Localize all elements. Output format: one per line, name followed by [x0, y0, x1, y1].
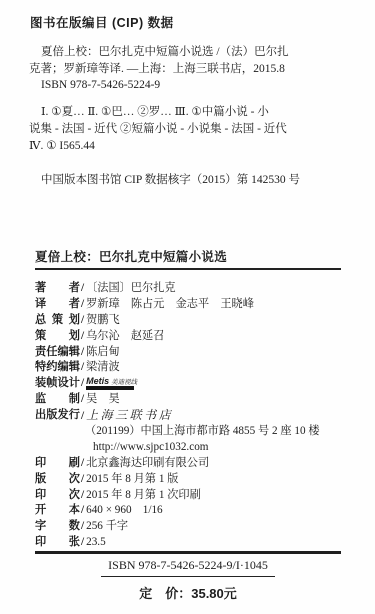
colophon-row: 策划/乌尔沁 赵延召 [35, 329, 347, 345]
colophon-row: 印刷/北京鑫海达印刷有限公司 [35, 456, 347, 472]
publisher-script-name: 上海三联书店 [86, 408, 173, 422]
colophon-label: 责任编辑 [35, 345, 80, 361]
colophon-row: 印张/23.5 [35, 535, 347, 551]
publisher-address: （201199）中国上海市都市路 4855 号 2 座 10 楼 [35, 424, 347, 440]
colophon-row: 印次/2015 年 8 月第 1 次印刷 [35, 488, 347, 504]
colophon-value: 罗新璋 陈占元 金志平 王晓峰 [86, 298, 254, 310]
colophon-value: 2015 年 8 月第 1 次印刷 [86, 489, 201, 501]
cip-data-heading: 图书在版编目 (CIP) 数据 [30, 13, 174, 31]
colophon-row-design: 装帧设计/Metis美迪视线 [35, 376, 347, 392]
metis-logo-text: Metis美迪视线 [86, 377, 137, 385]
colophon-credits: 著者/〔法国〕巴尔扎克 译者/罗新璋 陈占元 金志平 王晓峰 总策划/贺鹏飞 策… [35, 281, 347, 551]
colophon-label: 策划 [35, 329, 80, 345]
cip-classification: Ⅰ. ①夏… Ⅱ. ①巴… ②罗… Ⅲ. ①中篇小说 - 小 说集 - 法国 -… [29, 104, 351, 155]
colophon-value: 贺鹏飞 [86, 314, 120, 326]
colophon-row: 版次/2015 年 8 月第 1 版 [35, 472, 347, 488]
cip-classification-line: 说集 - 法国 - 近代 ②短篇小说 - 小说集 - 法国 - 近代 [29, 121, 351, 138]
footer-divider [35, 551, 341, 554]
colophon-label: 印张 [35, 535, 80, 551]
cip-registry-number: 中国版本图书馆 CIP 数据核字（2015）第 142530 号 [41, 171, 300, 187]
colophon-value: 北京鑫海达印刷有限公司 [86, 457, 209, 469]
colophon-label: 监制 [35, 392, 80, 408]
footer-isbn: ISBN 978-7-5426-5224-9/I·1045 [101, 558, 275, 577]
colophon-row: 著者/〔法国〕巴尔扎克 [35, 281, 347, 297]
colophon-row: 监制/吴 昊 [35, 392, 347, 408]
copyright-page: 图书在版编目 (CIP) 数据 夏倍上校：巴尔扎克中短篇小说选 /（法）巴尔扎 … [0, 0, 375, 614]
colophon-row-publisher: 出版发行/上海三联书店 [35, 408, 347, 424]
metis-design-logo: Metis美迪视线 [86, 377, 137, 390]
colophon-value: 梁清波 [86, 361, 120, 373]
metis-logo-brand: Metis [86, 376, 109, 386]
colophon-row: 责任编辑/陈启甸 [35, 345, 347, 361]
cip-classification-line: Ⅳ. ① I565.44 [29, 138, 351, 155]
colophon-value: 陈启甸 [86, 346, 120, 358]
colophon-label: 特约编辑 [35, 360, 80, 376]
cip-record-isbn: ISBN 978-7-5426-5224-9 [29, 77, 349, 94]
colophon-label: 印刷 [35, 456, 80, 472]
metis-logo-cn: 美迪视线 [111, 379, 137, 386]
colophon-row: 开本/640 × 960 1/16 [35, 503, 347, 519]
book-title: 夏倍上校：巴尔扎克中短篇小说选 [35, 247, 227, 265]
colophon-value: 〔法国〕巴尔扎克 [86, 282, 176, 294]
colophon-row: 总策划/贺鹏飞 [35, 313, 347, 329]
colophon-value: 640 × 960 1/16 [86, 504, 163, 516]
cip-record-line: 克著；罗新璋等译. —上海：上海三联书店，2015.8 [29, 61, 349, 78]
price-value: 35.80元 [191, 586, 237, 601]
colophon-label: 装帧设计 [35, 376, 80, 392]
footer-isbn-line: ISBN 978-7-5426-5224-9/I·1045 [35, 558, 341, 577]
colophon-label: 译者 [35, 297, 80, 313]
colophon-label: 字数 [35, 519, 80, 535]
colophon-row: 特约编辑/梁清波 [35, 360, 347, 376]
title-divider [35, 268, 341, 270]
colophon-value: 2015 年 8 月第 1 版 [86, 473, 178, 485]
colophon-value: 吴 昊 [86, 393, 120, 405]
price-label: 定 价： [139, 586, 191, 601]
colophon-label: 出版发行 [35, 408, 80, 424]
price-line: 定 价：35.80元 [35, 583, 341, 602]
colophon-row: 字数/256 千字 [35, 519, 347, 535]
colophon-value: 256 千字 [86, 520, 128, 532]
colophon-label: 开本 [35, 503, 80, 519]
colophon-label: 著者 [35, 281, 80, 297]
cip-record: 夏倍上校：巴尔扎克中短篇小说选 /（法）巴尔扎 克著；罗新璋等译. —上海：上海… [29, 44, 349, 94]
colophon-value: 23.5 [86, 536, 106, 548]
colophon-label: 版次 [35, 472, 80, 488]
colophon-row: 译者/罗新璋 陈占元 金志平 王晓峰 [35, 297, 347, 313]
cip-classification-line: Ⅰ. ①夏… Ⅱ. ①巴… ②罗… Ⅲ. ①中篇小说 - 小 [29, 104, 351, 121]
cip-record-line: 夏倍上校：巴尔扎克中短篇小说选 /（法）巴尔扎 [29, 44, 349, 61]
metis-logo-bar [86, 386, 134, 390]
colophon-label: 总策划 [35, 313, 80, 329]
publisher-url: http://www.sjpc1032.com [35, 440, 347, 456]
colophon-value: 乌尔沁 赵延召 [86, 330, 164, 342]
colophon-label: 印次 [35, 488, 80, 504]
